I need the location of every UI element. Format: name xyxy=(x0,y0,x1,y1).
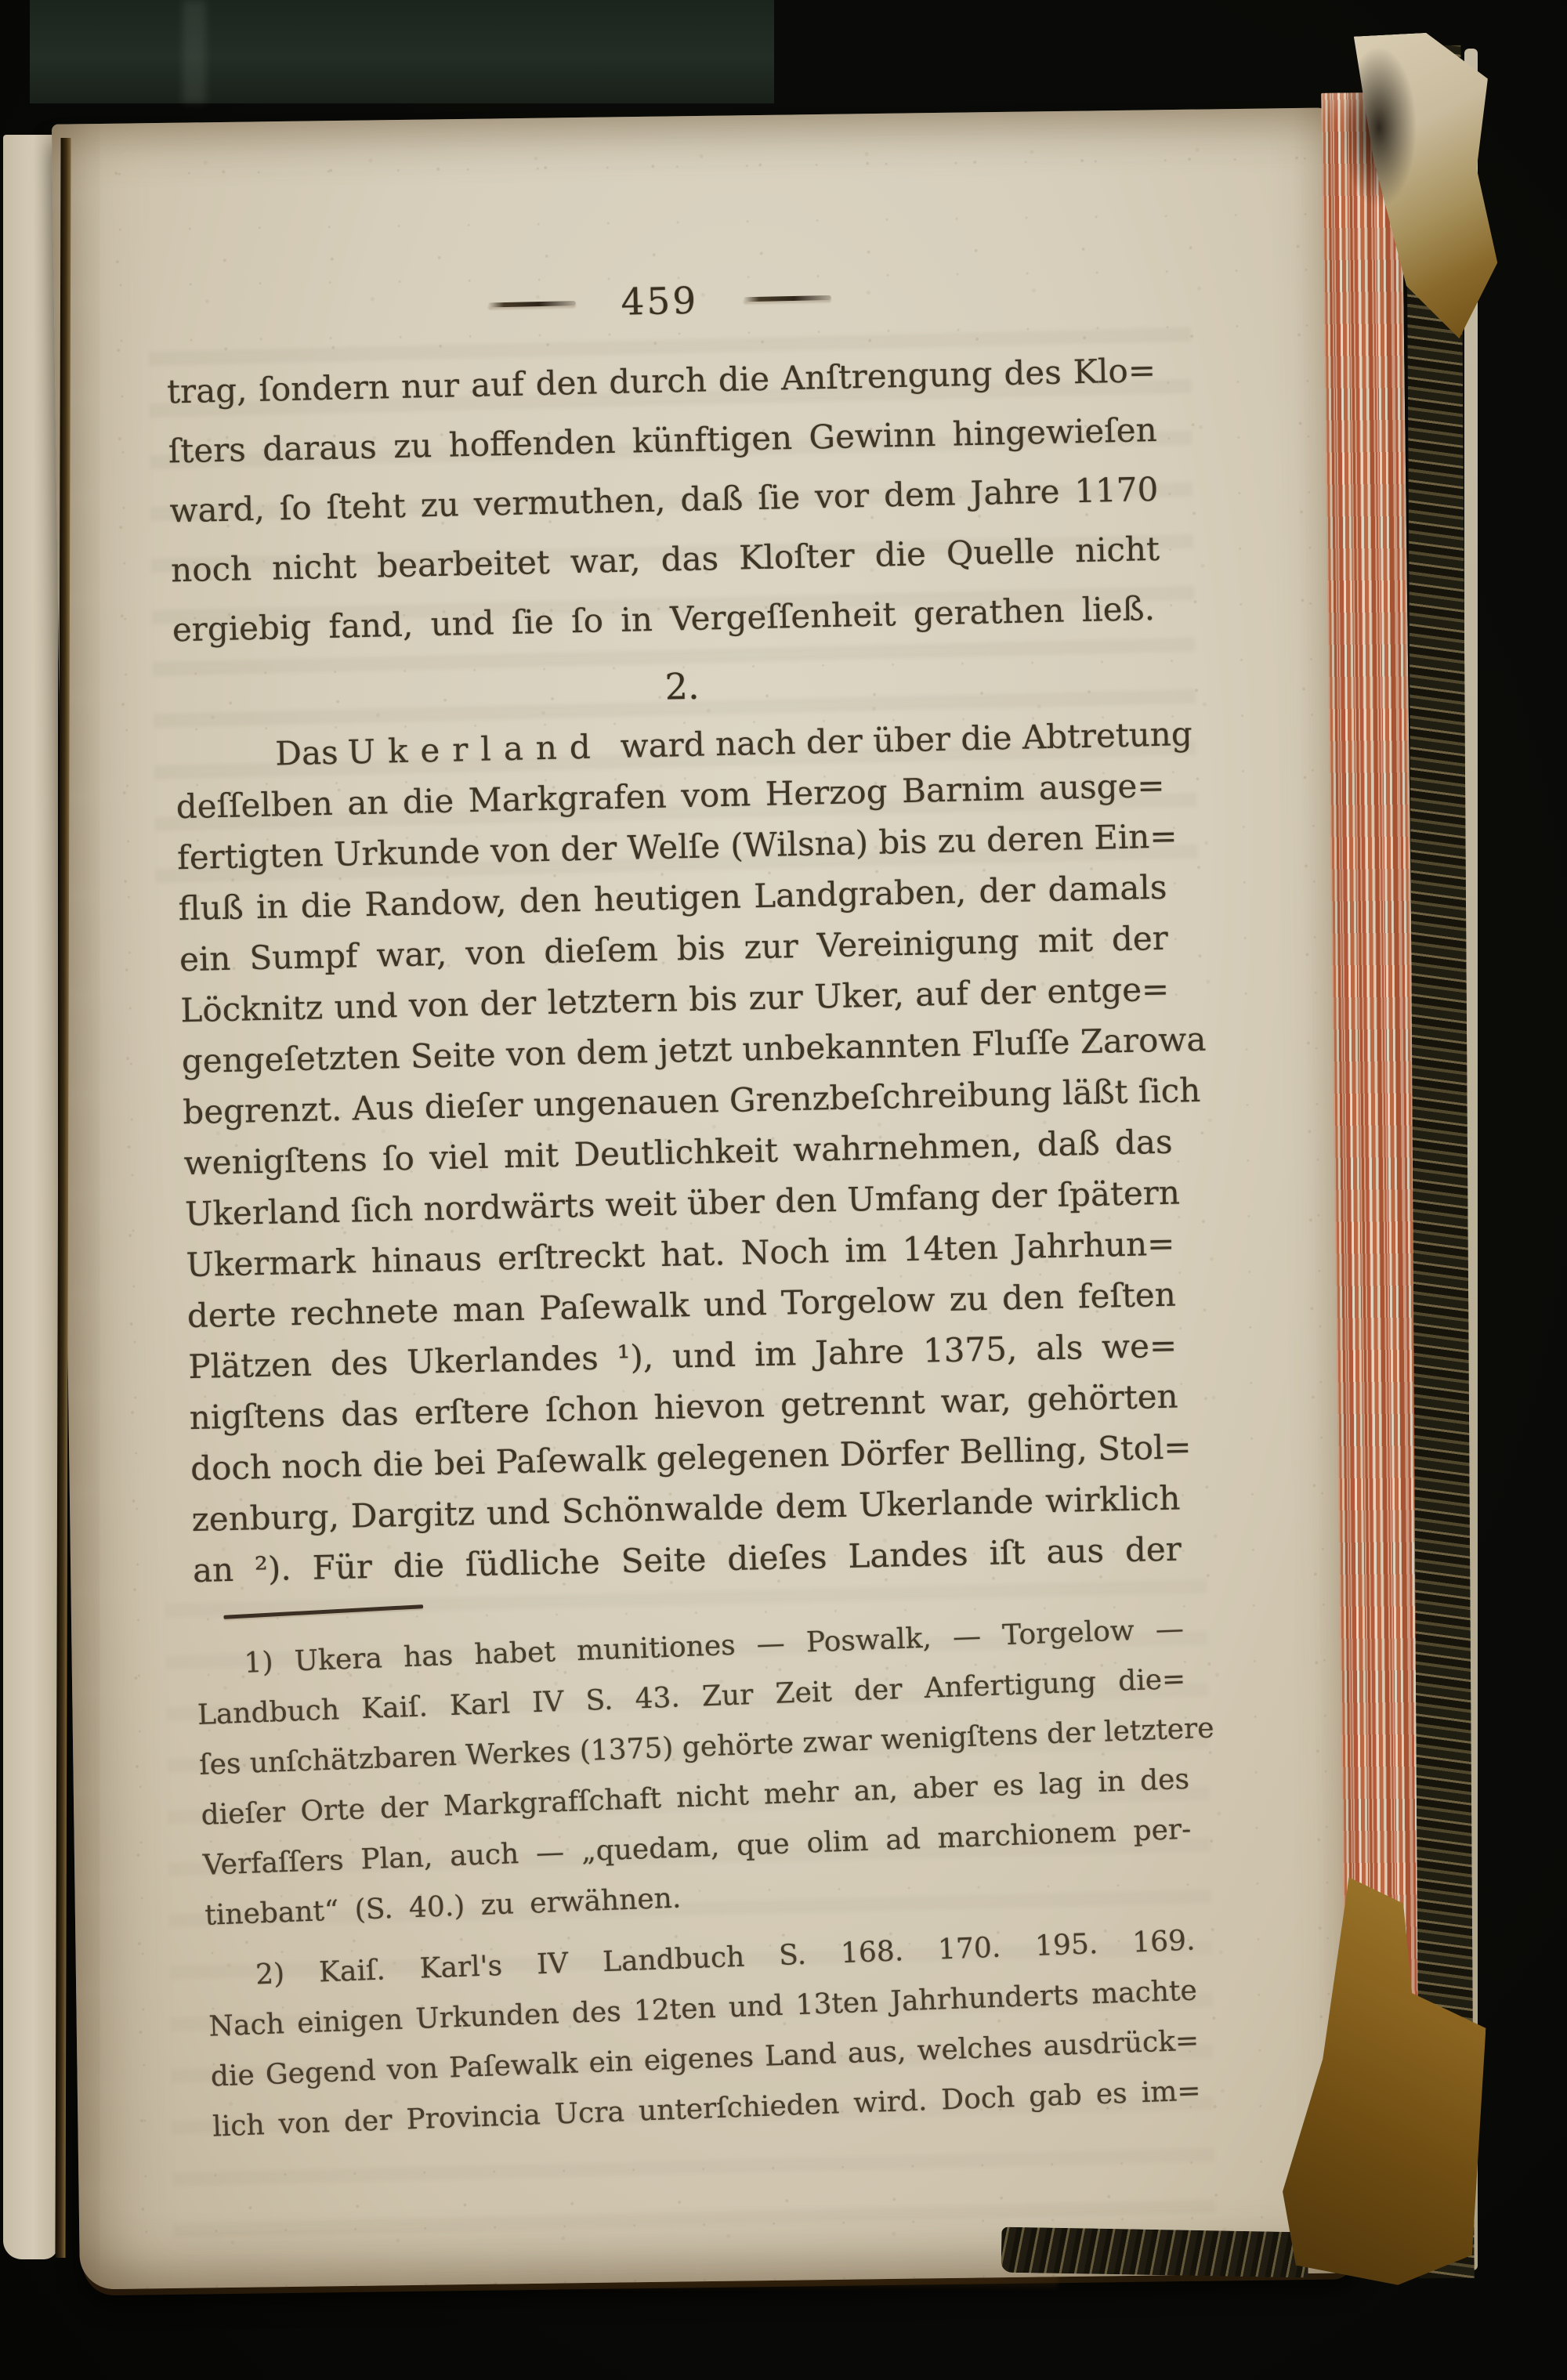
footnote-2: 2) Kaiſ. Karl's IV Landbuch S. 168. 170.… xyxy=(206,1916,1202,2153)
previous-page-edge xyxy=(3,135,58,2259)
header-rule-right xyxy=(744,295,831,302)
text-segment: ward nach der über die Abtretung xyxy=(620,714,1192,765)
header-rule-left xyxy=(488,301,576,307)
spine-highlight xyxy=(183,0,206,103)
text-segment: Das xyxy=(275,733,338,773)
book-page: 459 trag, ſondern nur auf den durch die … xyxy=(52,107,1357,2289)
printed-text-block: 459 trag, ſondern nur auf den durch die … xyxy=(165,267,1194,2153)
page-header: 459 xyxy=(165,267,1154,336)
bottom-marbled-edge xyxy=(1001,2227,1309,2278)
footnote-1: 1) Ukera has habet munitiones — Poswalk,… xyxy=(195,1604,1194,1941)
corner-shadow-top-right xyxy=(1341,47,1417,208)
paragraph-2: DasUkerlandward nach der über die Abtret… xyxy=(175,709,1182,1596)
paragraph-1: trag, ſondern nur auf den durch die Anſt… xyxy=(166,341,1161,660)
book-cover-top xyxy=(30,0,774,103)
book-scan-scene: 459 trag, ſondern nur auf den durch die … xyxy=(0,0,1567,2380)
footnotes-section: 1) Ukera has habet munitiones — Poswalk,… xyxy=(194,1579,1201,2153)
section-number: 2. xyxy=(173,653,1163,722)
text-segment-letterspaced: Ukerland xyxy=(347,727,603,771)
page-number: 459 xyxy=(621,279,699,324)
footnote-separator-rule xyxy=(223,1604,423,1619)
